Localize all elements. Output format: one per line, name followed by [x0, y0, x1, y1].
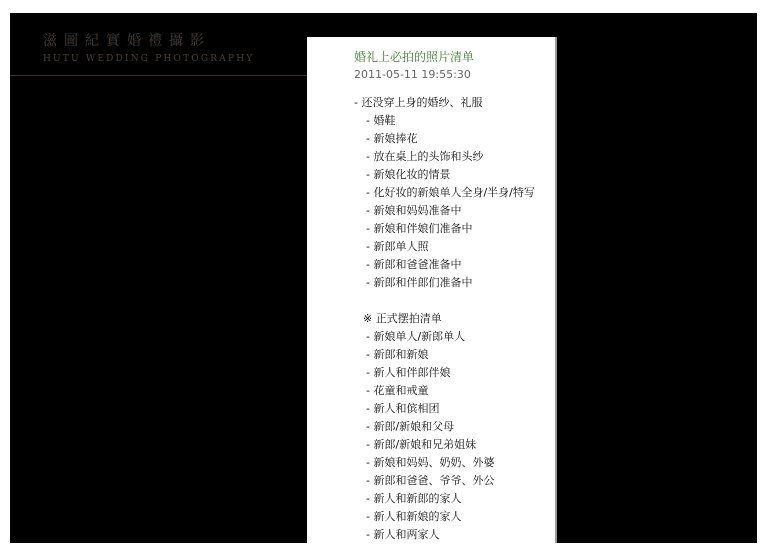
list-item: - 新人和两家人 — [354, 526, 554, 543]
list-item: - 新娘单人/新郎单人 — [354, 328, 554, 346]
site-logo[interactable]: 滋圖紀實婚禮攝影 HUTU WEDDING PHOTOGRAPHY — [43, 31, 254, 65]
list-item: - 新娘化妆的情景 — [354, 166, 554, 184]
list-item: - 新郎/新娘和父母 — [354, 418, 554, 436]
list-item: - 新娘和伴娘们准备中 — [354, 220, 554, 238]
list-item: - 新人和新娘的家人 — [354, 508, 554, 526]
list-item: - 新人和伴郎伴娘 — [354, 364, 554, 382]
blank-line — [354, 292, 554, 310]
list-item: - 新娘和妈妈、奶奶、外婆 — [354, 454, 554, 472]
list-item: - 新郎单人照 — [354, 238, 554, 256]
header-divider — [10, 75, 307, 76]
post-title[interactable]: 婚礼上必拍的照片清单 — [354, 49, 554, 65]
prep-heading: - 还没穿上身的婚纱、礼服 — [354, 94, 554, 112]
formal-heading: ※ 正式摆拍清单 — [354, 310, 554, 328]
list-item: - 放在桌上的头饰和头纱 — [354, 148, 554, 166]
post-date: 2011-05-11 19:55:30 — [354, 68, 554, 82]
list-item: - 化好妆的新娘单人全身/半身/特写 — [354, 184, 554, 202]
list-item: - 新人和傧相团 — [354, 400, 554, 418]
list-item: - 新娘和妈妈准备中 — [354, 202, 554, 220]
logo-title-en: HUTU WEDDING PHOTOGRAPHY — [43, 53, 254, 65]
content-panel: 婚礼上必拍的照片清单 2011-05-11 19:55:30 - 还没穿上身的婚… — [307, 37, 557, 543]
logo-title-cn: 滋圖紀實婚禮攝影 — [43, 31, 254, 51]
list-item: - 婚鞋 — [354, 112, 554, 130]
list-item: - 新郎和新娘 — [354, 346, 554, 364]
blog-post: 婚礼上必拍的照片清单 2011-05-11 19:55:30 - 还没穿上身的婚… — [354, 49, 554, 543]
list-item: - 花童和戒童 — [354, 382, 554, 400]
list-item: - 新娘捧花 — [354, 130, 554, 148]
list-item: - 新郎和伴郎们准备中 — [354, 274, 554, 292]
post-body: - 还没穿上身的婚纱、礼服 - 婚鞋 - 新娘捧花 - 放在桌上的头饰和头纱 -… — [354, 94, 554, 543]
list-item: - 新郎和爸爸、爷爷、外公 — [354, 472, 554, 490]
list-item: - 新郎/新娘和兄弟姐妹 — [354, 436, 554, 454]
page-background: 滋圖紀實婚禮攝影 HUTU WEDDING PHOTOGRAPHY 婚礼上必拍的… — [10, 13, 757, 543]
list-item: - 新郎和爸爸准备中 — [354, 256, 554, 274]
list-item: - 新人和新郎的家人 — [354, 490, 554, 508]
